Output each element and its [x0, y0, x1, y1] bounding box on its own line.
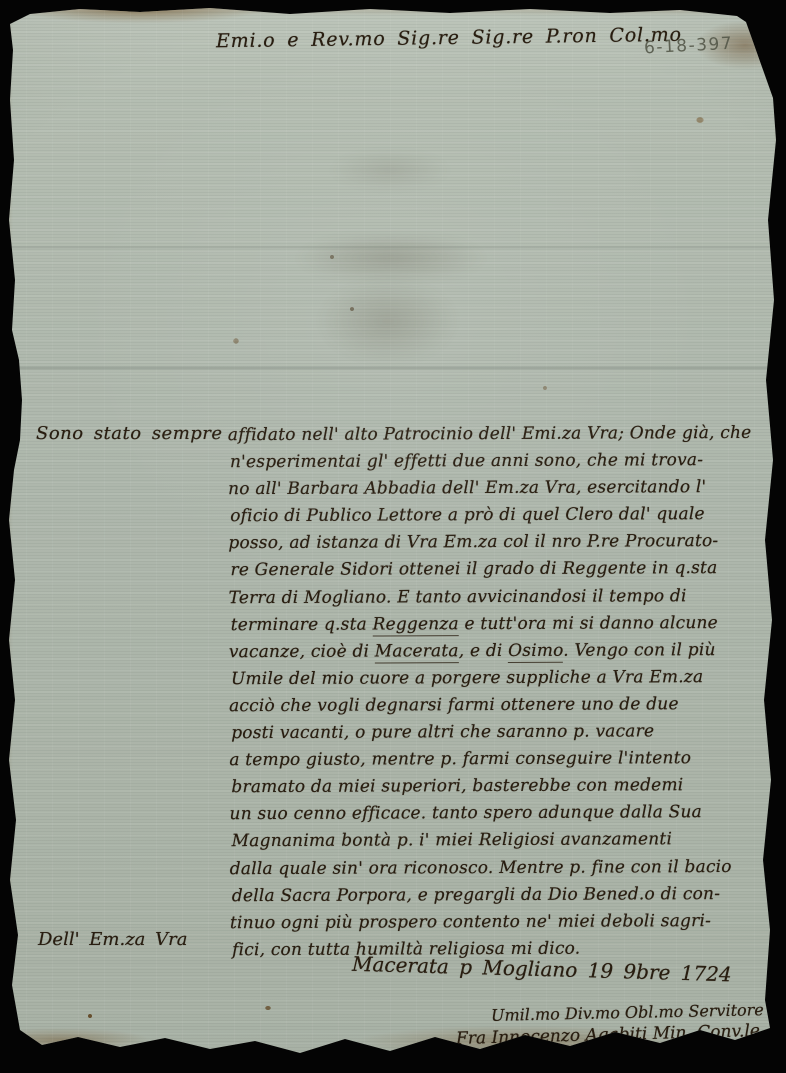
- line-text: a tempo giusto, mentre p. farmi consegui…: [229, 748, 691, 770]
- line-text: terminare q.sta: [231, 614, 373, 635]
- manuscript-line: Umile del mio cuore a porgere suppliche …: [231, 664, 765, 693]
- archival-number: 6-18-397: [644, 34, 734, 59]
- line-text: un suo cenno efficace. tanto spero adunq…: [229, 802, 702, 824]
- manuscript-line: n'esperimentai gl' effetti due anni sono…: [230, 447, 764, 476]
- manuscript-line: Terra di Mogliano. E tanto avvicinandosi…: [229, 582, 765, 611]
- line-text: posso, ad istanza di Vra Em.za col il nr…: [228, 531, 718, 553]
- line-text: acciò che vogli degnarsi farmi ottenere …: [229, 694, 679, 716]
- line-text: della Sacra Porpora, e pregargli da Dio …: [232, 884, 720, 906]
- manuscript-line: vacanze, cioè di Macerata, e di Osimo. V…: [229, 637, 765, 666]
- line-text: . Vengo con il più: [563, 640, 715, 661]
- signature-line-2: Fra Innocenzo Agabiti Min. Conv.le: [456, 1021, 760, 1049]
- line-text: bramato da miei superiori, basterebbe co…: [231, 775, 683, 797]
- manuscript-line: no all' Barbara Abbadia dell' Em.za Vra,…: [228, 474, 764, 503]
- line-text: Magnanima bontà p. i' miei Religiosi ava…: [232, 830, 673, 852]
- line-text: Umile del mio cuore a porgere suppliche …: [231, 667, 703, 689]
- manuscript-line: terminare q.sta Reggenza e tutt'ora mi s…: [231, 609, 765, 638]
- line-text: tinuo ogni più prospero contento ne' mie…: [230, 911, 711, 933]
- opening-words: Sono stato sempre: [36, 423, 223, 444]
- line-text: dalla quale sin' ora riconosco. Mentre p…: [230, 856, 732, 878]
- underlined-word: Reggenza: [373, 614, 459, 636]
- manuscript-line: a tempo giusto, mentre p. farmi consegui…: [229, 745, 765, 774]
- manuscript-line: della Sacra Porpora, e pregargli da Dio …: [232, 880, 766, 909]
- line-text: affidato nell' alto Patrocinio dell' Emi…: [228, 423, 752, 445]
- underlined-word: Macerata: [375, 641, 459, 663]
- manuscript-page: Emi.o e Rev.mo Sig.re Sig.re P.ron Col.m…: [0, 0, 786, 1073]
- closing-formula: Dell' Em.za Vra: [38, 929, 187, 950]
- letter-body-lines: affidato nell' alto Patrocinio dell' Emi…: [228, 420, 766, 964]
- salutation-line: Emi.o e Rev.mo Sig.re Sig.re P.ron Col.m…: [216, 24, 682, 53]
- manuscript-line: un suo cenno efficace. tanto spero adunq…: [229, 799, 765, 828]
- line-text: posti vacanti, o pure altri che saranno …: [231, 721, 654, 743]
- line-text: n'esperimentai gl' effetti due anni sono…: [230, 450, 703, 472]
- manuscript-line: Magnanima bontà p. i' miei Religiosi ava…: [232, 826, 766, 855]
- manuscript-line: bramato da miei superiori, basterebbe co…: [231, 772, 765, 801]
- ink-bleedthrough: [330, 150, 450, 190]
- ink-bleedthrough: [296, 232, 486, 284]
- line-text: re Generale Sidori ottenei il grado di R…: [230, 559, 717, 581]
- manuscript-line: posti vacanti, o pure altri che saranno …: [231, 718, 765, 747]
- manuscript-line: acciò che vogli degnarsi farmi ottenere …: [229, 691, 765, 720]
- line-text: vacanze, cioè di: [229, 641, 375, 662]
- underlined-word: Osimo: [508, 640, 563, 662]
- ink-bleedthrough: [318, 278, 458, 364]
- manuscript-line: tinuo ogni più prospero contento ne' mie…: [230, 908, 766, 937]
- line-text: e tutt'ora mi si danno alcune: [459, 613, 718, 634]
- line-text: Terra di Mogliano. E tanto avvicinandosi…: [229, 586, 687, 608]
- photo-background: Emi.o e Rev.mo Sig.re Sig.re P.ron Col.m…: [0, 0, 786, 1073]
- line-text: , e di: [459, 641, 508, 661]
- line-text: oficio di Publico Lettore a prò di quel …: [230, 504, 705, 526]
- manuscript-line: re Generale Sidori ottenei il grado di R…: [230, 555, 764, 584]
- line-text: no all' Barbara Abbadia dell' Em.za Vra,…: [228, 477, 706, 499]
- manuscript-line: affidato nell' alto Patrocinio dell' Emi…: [228, 420, 764, 449]
- manuscript-line: dalla quale sin' ora riconosco. Mentre p…: [230, 853, 766, 882]
- manuscript-line: oficio di Publico Lettore a prò di quel …: [230, 501, 764, 530]
- manuscript-line: posso, ad istanza di Vra Em.za col il nr…: [228, 528, 764, 557]
